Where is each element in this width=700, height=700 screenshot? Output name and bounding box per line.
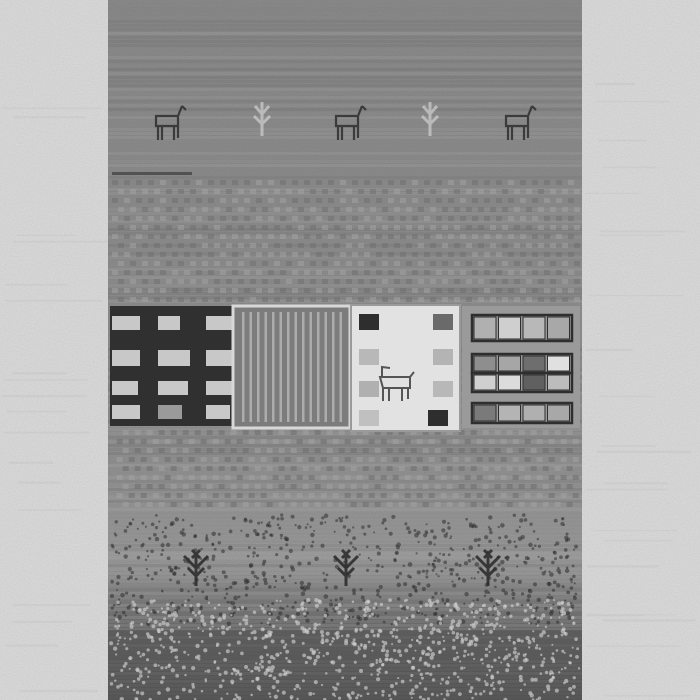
striped-panel [233,306,350,428]
rug-illustration [0,0,700,700]
animal-panel [351,305,460,431]
panel-row [110,305,580,431]
rug [108,0,582,700]
dark-block-panel [110,306,234,426]
rug-photo [0,0,700,700]
grid-panel [462,306,580,428]
